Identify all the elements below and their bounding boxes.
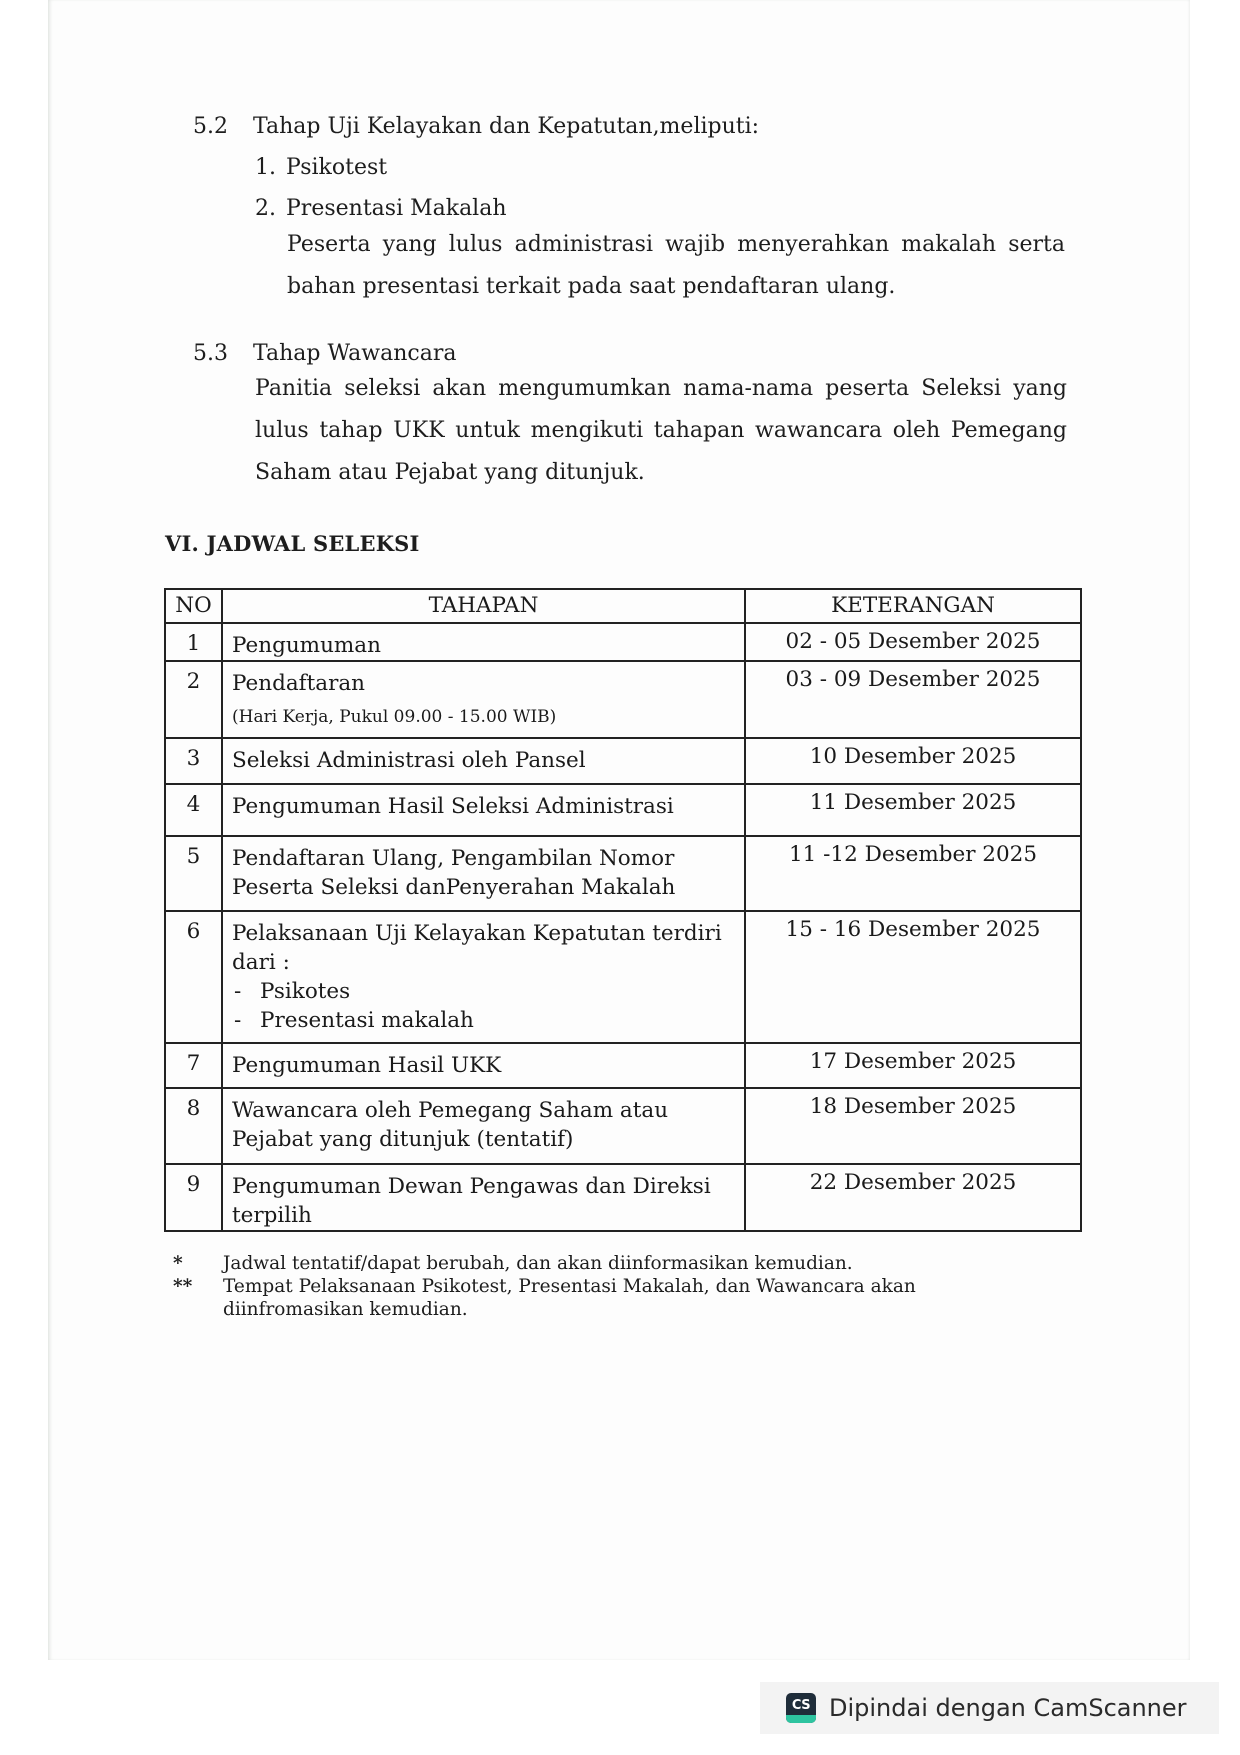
bullet-dash-icon: - xyxy=(234,977,260,1006)
section-5-2-title: Tahap Uji Kelayakan dan Kepatutan,melipu… xyxy=(253,116,759,138)
list-item-presentasi: Presentasi Makalah xyxy=(286,198,507,220)
tahapan-line: Pejabat yang ditunjuk (tentatif) xyxy=(232,1125,744,1154)
tahapan-line: Pengumuman xyxy=(232,631,744,660)
row-keterangan: 11 Desember 2025 xyxy=(745,784,1081,836)
tahapan-bullet: -Presentasi makalah xyxy=(232,1006,744,1035)
tahapan-bullet: -Psikotes xyxy=(232,977,744,1006)
row-number: 4 xyxy=(165,784,222,836)
row-keterangan: 15 - 16 Desember 2025 xyxy=(745,911,1081,1043)
paragraph-line: Panitia seleksi akan mengumumkan nama-na… xyxy=(255,368,1067,410)
bullet-text: Presentasi makalah xyxy=(260,1008,474,1033)
table-row: 6Pelaksanaan Uji Kelayakan Kepatutan ter… xyxy=(165,911,1081,1043)
section-5-3-number: 5.3 xyxy=(193,343,228,365)
schedule-table: NO TAHAPAN KETERANGAN 1Pengumuman02 - 05… xyxy=(164,588,1082,1232)
header-keterangan: KETERANGAN xyxy=(745,589,1081,623)
bullet-text: Psikotes xyxy=(260,979,350,1004)
row-tahapan: Wawancara oleh Pemegang Saham atauPejaba… xyxy=(222,1088,745,1164)
tahapan-line: Pelaksanaan Uji Kelayakan Kepatutan terd… xyxy=(232,919,744,948)
row-keterangan: 11 -12 Desember 2025 xyxy=(745,836,1081,911)
row-number: 3 xyxy=(165,738,222,784)
paragraph-line: Peserta yang lulus administrasi wajib me… xyxy=(287,224,1065,266)
section-5-2-number: 5.2 xyxy=(193,116,228,138)
row-keterangan: 22 Desember 2025 xyxy=(745,1164,1081,1231)
header-tahapan: TAHAPAN xyxy=(222,589,745,623)
tahapan-note: (Hari Kerja, Pukul 09.00 - 15.00 WIB) xyxy=(232,704,744,730)
section-6-heading: VI. JADWAL SELEKSI xyxy=(165,533,420,554)
row-tahapan: Pelaksanaan Uji Kelayakan Kepatutan terd… xyxy=(222,911,745,1043)
footnote: ** Tempat Pelaksanaan Psikotest, Present… xyxy=(173,1275,1023,1321)
paragraph-line: lulus tahap UKK untuk mengikuti tahapan … xyxy=(255,410,1067,452)
row-number: 6 xyxy=(165,911,222,1043)
row-number: 7 xyxy=(165,1043,222,1088)
paragraph-line: Saham atau Pejabat yang ditunjuk. xyxy=(255,452,1067,494)
tahapan-line: Seleksi Administrasi oleh Pansel xyxy=(232,746,744,775)
header-no: NO xyxy=(165,589,222,623)
tahapan-line: Pengumuman Hasil Seleksi Administrasi xyxy=(232,792,744,821)
tahapan-line: Peserta Seleksi danPenyerahan Makalah xyxy=(232,873,744,902)
watermark-text: Dipindai dengan CamScanner xyxy=(829,1694,1187,1722)
tahapan-line: Pendaftaran xyxy=(232,669,744,698)
row-keterangan: 17 Desember 2025 xyxy=(745,1043,1081,1088)
table-header-row: NO TAHAPAN KETERANGAN xyxy=(165,589,1081,623)
camscanner-logo-icon: CS xyxy=(786,1693,816,1723)
tahapan-line: terpilih xyxy=(232,1201,744,1230)
row-tahapan: Seleksi Administrasi oleh Pansel xyxy=(222,738,745,784)
section-5-3-paragraph: Panitia seleksi akan mengumumkan nama-na… xyxy=(255,368,1067,494)
table-row: 7Pengumuman Hasil UKK17 Desember 2025 xyxy=(165,1043,1081,1088)
paragraph-line: bahan presentasi terkait pada saat penda… xyxy=(287,266,1065,308)
section-5-3-title: Tahap Wawancara xyxy=(253,343,456,365)
tahapan-line: Wawancara oleh Pemegang Saham atau xyxy=(232,1096,744,1125)
tahapan-line: Pengumuman Hasil UKK xyxy=(232,1051,744,1080)
row-number: 9 xyxy=(165,1164,222,1231)
row-number: 1 xyxy=(165,623,222,661)
row-keterangan: 18 Desember 2025 xyxy=(745,1088,1081,1164)
tahapan-line: Pendaftaran Ulang, Pengambilan Nomor xyxy=(232,844,744,873)
row-keterangan: 03 - 09 Desember 2025 xyxy=(745,661,1081,738)
footnote: * Jadwal tentatif/dapat berubah, dan aka… xyxy=(173,1252,1023,1275)
tahapan-line: Pengumuman Dewan Pengawas dan Direksi xyxy=(232,1172,744,1201)
section-5-2-paragraph: Peserta yang lulus administrasi wajib me… xyxy=(287,224,1065,308)
row-tahapan: Pengumuman Hasil UKK xyxy=(222,1043,745,1088)
list-item-number: 1. xyxy=(255,157,276,179)
camscanner-watermark: CS Dipindai dengan CamScanner xyxy=(760,1682,1219,1734)
list-item-psikotest: Psikotest xyxy=(286,157,387,179)
footnotes: * Jadwal tentatif/dapat berubah, dan aka… xyxy=(173,1252,1023,1321)
row-number: 2 xyxy=(165,661,222,738)
table-row: 1Pengumuman02 - 05 Desember 2025 xyxy=(165,623,1081,661)
row-tahapan: Pengumuman xyxy=(222,623,745,661)
table-row: 3Seleksi Administrasi oleh Pansel10 Dese… xyxy=(165,738,1081,784)
row-number: 8 xyxy=(165,1088,222,1164)
footnote-mark: * xyxy=(173,1252,223,1275)
row-tahapan: Pendaftaran(Hari Kerja, Pukul 09.00 - 15… xyxy=(222,661,745,738)
table-row: 2Pendaftaran(Hari Kerja, Pukul 09.00 - 1… xyxy=(165,661,1081,738)
row-tahapan: Pengumuman Dewan Pengawas dan Direksiter… xyxy=(222,1164,745,1231)
table-row: 8Wawancara oleh Pemegang Saham atauPejab… xyxy=(165,1088,1081,1164)
tahapan-line: dari : xyxy=(232,948,744,977)
row-number: 5 xyxy=(165,836,222,911)
row-tahapan: Pengumuman Hasil Seleksi Administrasi xyxy=(222,784,745,836)
table-row: 5Pendaftaran Ulang, Pengambilan NomorPes… xyxy=(165,836,1081,911)
footnote-text: Jadwal tentatif/dapat berubah, dan akan … xyxy=(223,1252,1023,1275)
row-tahapan: Pendaftaran Ulang, Pengambilan NomorPese… xyxy=(222,836,745,911)
footnote-text: Tempat Pelaksanaan Psikotest, Presentasi… xyxy=(223,1275,983,1321)
logo-text: CS xyxy=(792,1698,810,1713)
footnote-mark: ** xyxy=(173,1275,223,1321)
table-row: 4Pengumuman Hasil Seleksi Administrasi11… xyxy=(165,784,1081,836)
bullet-dash-icon: - xyxy=(234,1006,260,1035)
row-keterangan: 02 - 05 Desember 2025 xyxy=(745,623,1081,661)
list-item-number: 2. xyxy=(255,198,276,220)
table-row: 9Pengumuman Dewan Pengawas dan Direksite… xyxy=(165,1164,1081,1231)
row-keterangan: 10 Desember 2025 xyxy=(745,738,1081,784)
